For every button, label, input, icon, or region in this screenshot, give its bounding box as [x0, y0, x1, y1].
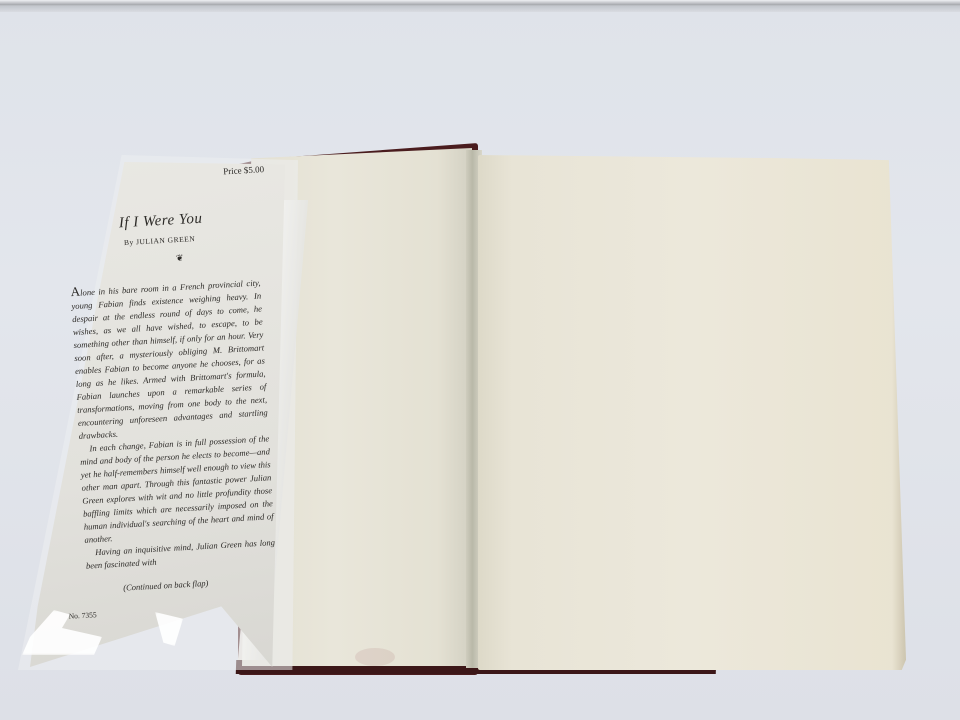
- photo-scene: Price $5.00 If I Were You By JULIAN GREE…: [0, 0, 960, 720]
- flap-text-block: Price $5.00 If I Were You By JULIAN GREE…: [28, 153, 303, 616]
- table-edge-shadow: [0, 6, 960, 12]
- blurb-paragraph-2: In each change, Fabian is in full posses…: [79, 432, 275, 546]
- price-label: Price $5.00: [223, 164, 264, 176]
- right-page-blank: [478, 155, 906, 670]
- book-title: If I Were You: [118, 211, 202, 233]
- continued-note: (Continued on back flap): [123, 578, 209, 593]
- page-stain: [355, 648, 395, 666]
- book-author: By JULIAN GREEN: [124, 234, 196, 247]
- blurb: Alone in his bare room in a French provi…: [70, 275, 276, 573]
- stock-number: No. 7355: [69, 610, 97, 621]
- ornament-icon: ❦: [176, 253, 184, 264]
- blurb-paragraph-1: Alone in his bare room in a French provi…: [70, 275, 269, 443]
